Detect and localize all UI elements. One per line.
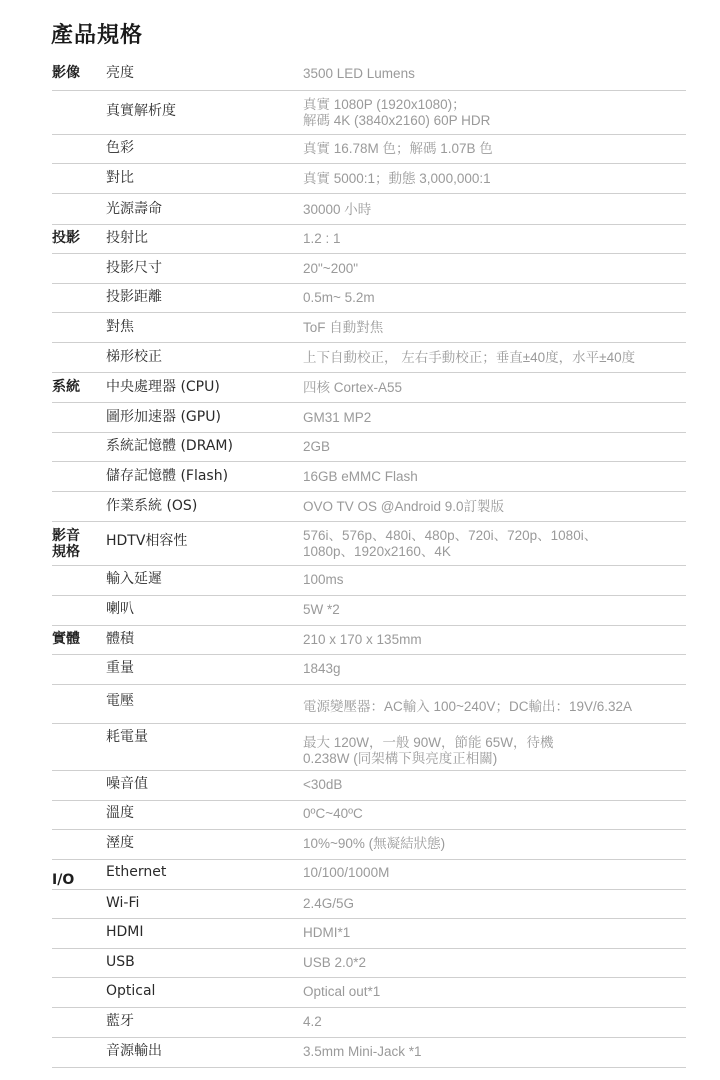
spec-row-input-lag: 輸入延遲 100ms	[52, 566, 686, 596]
spec-label: 藍牙	[106, 1013, 134, 1030]
spec-value: 真實 5000:1；動態 3,000,000:1	[303, 171, 491, 187]
spec-row-humidity: 溼度 10%~90% (無凝結狀態)	[52, 830, 686, 860]
spec-value: 電源變壓器：AC輸入 100~240V；DC輸出：19V/6.32A	[303, 699, 632, 715]
spec-label: 投影距離	[106, 289, 162, 306]
category-label: 影像	[52, 65, 80, 81]
category-label: I/O	[52, 872, 74, 888]
spec-value: 4.2	[303, 1014, 322, 1030]
spec-value: 30000 小時	[303, 202, 371, 218]
spec-row-audio-out: 音源輸出 3.5mm Mini-Jack *1	[52, 1038, 686, 1068]
spec-row-wifi: Wi-Fi 2.4G/5G	[52, 890, 686, 919]
spec-value: 5W *2	[303, 602, 340, 618]
spec-value: 10%~90% (無凝結狀態)	[303, 836, 445, 852]
spec-label: 重量	[106, 660, 134, 677]
spec-label: 梯形校正	[106, 349, 162, 366]
page-title: 產品規格	[51, 18, 143, 49]
spec-label: 溼度	[106, 835, 134, 852]
spec-value: 最大 120W，一般 90W，節能 65W，待機 0.238W (同架構下與亮度…	[303, 735, 554, 767]
spec-row-throw-ratio: 投影 投射比 1.2 : 1	[52, 225, 686, 254]
spec-label: Ethernet	[106, 864, 166, 881]
spec-label: 喇叭	[106, 601, 134, 618]
spec-value: 真實 1080P (1920x1080)； 解碼 4K (3840x2160) …	[303, 97, 490, 129]
spec-label: 亮度	[106, 65, 134, 82]
spec-label: 光源壽命	[106, 201, 162, 218]
spec-value: ToF 自動對焦	[303, 320, 383, 336]
spec-label: 儲存記憶體 (Flash)	[106, 468, 228, 485]
spec-value: 3500 LED Lumens	[303, 66, 415, 82]
spec-label: 輸入延遲	[106, 571, 162, 588]
spec-value: 20"~200"	[303, 261, 358, 277]
spec-row-light-life: 光源壽命 30000 小時	[52, 194, 686, 225]
spec-label: HDMI	[106, 924, 144, 941]
spec-row-dram: 系統記憶體 (DRAM) 2GB	[52, 433, 686, 462]
spec-label: HDTV相容性	[106, 533, 187, 550]
spec-value: HDMI*1	[303, 925, 350, 941]
spec-row-voltage: 電壓 電源變壓器：AC輸入 100~240V；DC輸出：19V/6.32A	[52, 685, 686, 724]
spec-row-brightness: 影像 亮度 3500 LED Lumens	[52, 56, 686, 91]
spec-label: 作業系統 (OS)	[106, 498, 197, 515]
spec-row-ethernet: I/O Ethernet 10/100/1000M	[52, 860, 686, 890]
spec-row-resolution: 真實解析度 真實 1080P (1920x1080)； 解碼 4K (3840x…	[52, 91, 686, 135]
spec-value: 1843g	[303, 661, 341, 677]
spec-row-noise: 噪音值 <30dB	[52, 771, 686, 801]
spec-label: 溫度	[106, 805, 134, 822]
spec-row-gpu: 圖形加速器 (GPU) GM31 MP2	[52, 403, 686, 433]
spec-value: 100ms	[303, 572, 344, 588]
spec-label: 投影尺寸	[106, 260, 162, 277]
spec-value: 16GB eMMC Flash	[303, 469, 418, 485]
spec-row-projection-distance: 投影距離 0.5m~ 5.2m	[52, 284, 686, 313]
category-label: 投影	[52, 230, 80, 246]
spec-value: 真實 16.78M 色；解碼 1.07B 色	[303, 141, 493, 157]
spec-label: 中央處理器 (CPU)	[106, 379, 220, 396]
spec-label: 耗電量	[106, 729, 148, 746]
category-label: 系統	[52, 379, 80, 395]
spec-row-dimensions: 實體 體積 210 x 170 x 135mm	[52, 626, 686, 655]
spec-label: 對焦	[106, 319, 134, 336]
spec-value: 576i、576p、480i、480p、720i、720p、1080i、 108…	[303, 528, 597, 560]
spec-value: GM31 MP2	[303, 410, 371, 426]
spec-label: 體積	[106, 631, 134, 648]
spec-row-contrast: 對比 真實 5000:1；動態 3,000,000:1	[52, 164, 686, 194]
spec-value: 2GB	[303, 439, 330, 455]
spec-row-focus: 對焦 ToF 自動對焦	[52, 313, 686, 343]
spec-row-hdtv: 影音 規格 HDTV相容性 576i、576p、480i、480p、720i、7…	[52, 522, 686, 566]
spec-row-hdmi: HDMI HDMI*1	[52, 919, 686, 949]
spec-label: 系統記憶體 (DRAM)	[106, 438, 233, 455]
spec-row-weight: 重量 1843g	[52, 655, 686, 685]
spec-value: 210 x 170 x 135mm	[303, 632, 422, 648]
spec-value: USB 2.0*2	[303, 955, 366, 971]
spec-row-optical: Optical Optical out*1	[52, 978, 686, 1008]
spec-label: 對比	[106, 170, 134, 187]
spec-label: 電壓	[106, 693, 134, 710]
spec-value: 2.4G/5G	[303, 896, 354, 912]
spec-value: 0.5m~ 5.2m	[303, 290, 375, 306]
spec-value: 四核 Cortex-A55	[303, 380, 402, 396]
spec-value: Optical out*1	[303, 984, 380, 1000]
spec-row-speaker: 喇叭 5W *2	[52, 596, 686, 626]
spec-row-color: 色彩 真實 16.78M 色；解碼 1.07B 色	[52, 135, 686, 164]
spec-value: 3.5mm Mini-Jack *1	[303, 1044, 422, 1060]
spec-row-power-consumption: 耗電量 最大 120W，一般 90W，節能 65W，待機 0.238W (同架構…	[52, 724, 686, 771]
spec-label: Optical	[106, 983, 155, 1000]
spec-label: 投射比	[106, 230, 148, 247]
spec-label: Wi-Fi	[106, 895, 139, 912]
spec-label: 色彩	[106, 140, 134, 157]
spec-row-projection-size: 投影尺寸 20"~200"	[52, 254, 686, 284]
spec-value: <30dB	[303, 777, 342, 793]
spec-row-bluetooth: 藍牙 4.2	[52, 1008, 686, 1038]
spec-row-flash: 儲存記憶體 (Flash) 16GB eMMC Flash	[52, 462, 686, 492]
spec-row-keystone: 梯形校正 上下自動校正， 左右手動校正；垂直±40度，水平±40度	[52, 343, 686, 373]
spec-row-usb: USB USB 2.0*2	[52, 949, 686, 978]
spec-label: 圖形加速器 (GPU)	[106, 409, 221, 426]
spec-value: 上下自動校正， 左右手動校正；垂直±40度，水平±40度	[303, 350, 635, 366]
spec-value: 1.2 : 1	[303, 231, 341, 247]
spec-value: OVO TV OS @Android 9.0訂製版	[303, 499, 504, 515]
spec-row-temperature: 溫度 0ºC~40ºC	[52, 801, 686, 830]
spec-row-cpu: 系統 中央處理器 (CPU) 四核 Cortex-A55	[52, 373, 686, 403]
spec-row-os: 作業系統 (OS) OVO TV OS @Android 9.0訂製版	[52, 492, 686, 522]
spec-label: 音源輸出	[106, 1043, 162, 1060]
spec-label: USB	[106, 954, 135, 971]
spec-value: 0ºC~40ºC	[303, 806, 363, 822]
spec-label: 噪音值	[106, 776, 148, 793]
spec-value: 10/100/1000M	[303, 865, 389, 881]
category-label: 影音 規格	[52, 528, 80, 560]
spec-label: 真實解析度	[106, 103, 176, 120]
category-label: 實體	[52, 631, 80, 647]
